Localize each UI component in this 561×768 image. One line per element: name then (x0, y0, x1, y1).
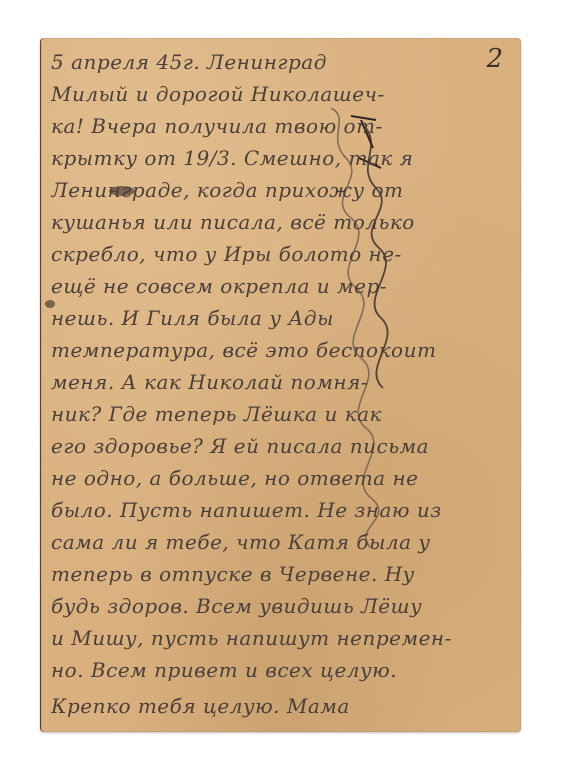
text-line: было. Пусть напишет. Не знаю из (51, 498, 513, 522)
text-line: скребло, что у Иры болото не- (51, 242, 513, 266)
text-line: Милый и дорогой Николашеч- (51, 82, 513, 106)
text-line: нешь. И Гиля была у Ады (51, 306, 513, 330)
text-line: и Мишу, пусть напишут непремен- (51, 626, 513, 650)
text-line: меня. А как Николай помня- (51, 370, 513, 394)
text-line: ка! Вчера получила твою от- (51, 114, 513, 138)
text-line: но. Всем привет и всех целую. (51, 658, 513, 682)
text-line: его здоровье? Я ей писала письма (51, 434, 513, 458)
text-line: Ленинграде, когда прихожу от (51, 178, 513, 202)
text-line: температура, всё это беспокоит (51, 338, 513, 362)
text-line: будь здоров. Всем увидишь Лёшу (51, 594, 513, 618)
text-line: ещё не совсем окрепла и мер- (51, 274, 513, 298)
text-line: 5 апреля 45г. Ленинград (51, 50, 513, 74)
text-line: сама ли я тебе, что Катя была у (51, 530, 513, 554)
text-line: Крепко тебя целую. Мама (51, 694, 513, 718)
text-line: не одно, а больше, но ответа не (51, 466, 513, 490)
text-line: крытку от 19/3. Смешно, так я (51, 146, 513, 170)
text-line: ник? Где теперь Лёшка и как (51, 402, 513, 426)
postcard: 2 5 апреля 45г. Ленинград Милый и дорого… (40, 38, 521, 732)
text-line: кушанья или писала, всё только (51, 210, 513, 234)
text-line: теперь в отпуске в Червене. Ну (51, 562, 513, 586)
